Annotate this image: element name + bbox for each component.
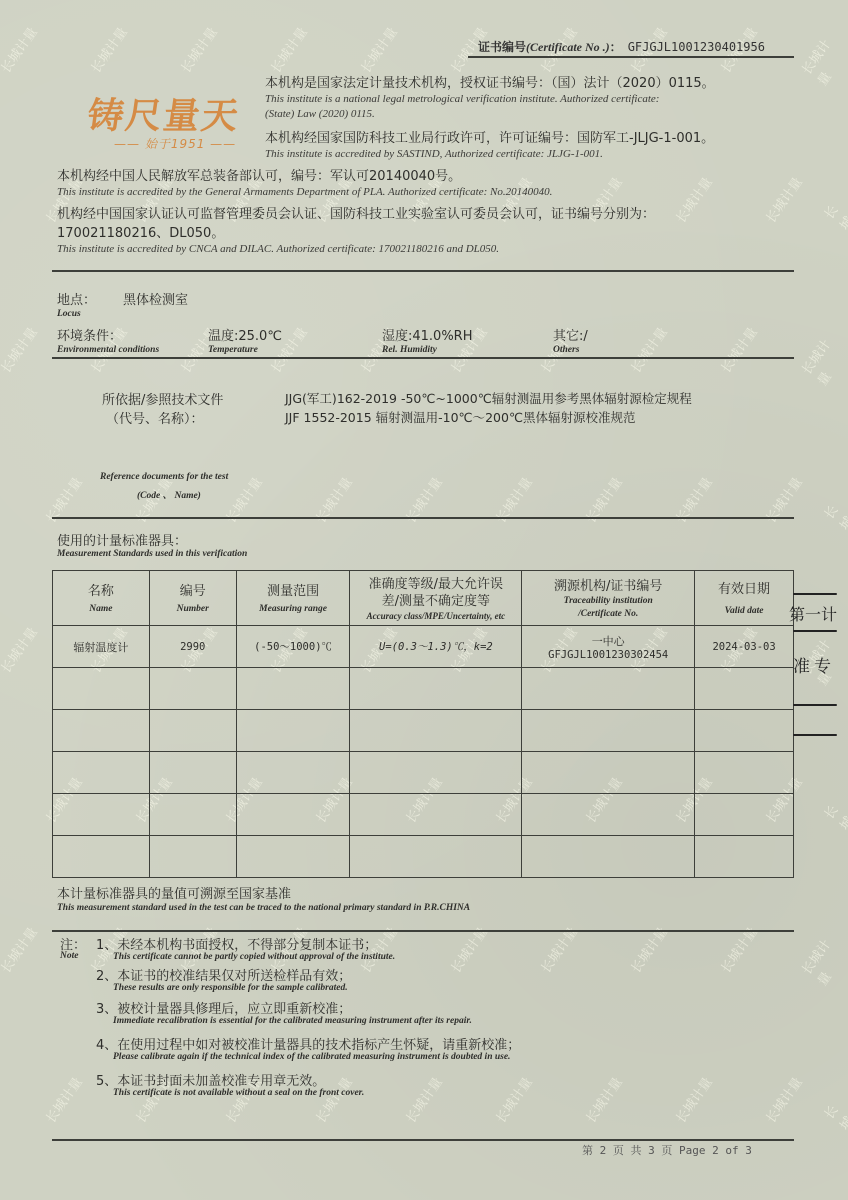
table-cell-empty <box>522 668 695 710</box>
cert-no-label-en: (Certificate No .) <box>526 40 610 54</box>
col-header-name: 名称 Name <box>53 571 150 626</box>
cell-accuracy: U=(0.3～1.3)℃，k=2 <box>350 626 522 668</box>
env-label-en: Environmental conditions <box>57 345 159 355</box>
references-label-2: （代号、名称）： <box>106 408 204 427</box>
cell-valid-date-text: 2024-03-03 <box>712 641 775 653</box>
cell-range: (-50～1000)℃ <box>236 626 350 668</box>
table-cell-empty <box>149 794 236 836</box>
temperature-value: 温度:25.0℃ <box>208 325 282 344</box>
cell-traceability: 一中心 GFJGJL1001230302454 <box>522 626 695 668</box>
col-trace-en-2: /Certificate No. <box>522 609 694 619</box>
certificate-number: 证书编号(Certificate No .)：GFJGJL10012304019… <box>478 38 765 55</box>
reference-doc-1: JJG(军工)162-2019 -50℃~1000℃辐射测温用参考黑体辐射源检定… <box>285 389 692 407</box>
table-cell-empty <box>236 668 350 710</box>
table-row-empty <box>53 668 794 710</box>
table-cell-empty <box>350 752 522 794</box>
table-cell-empty <box>522 710 695 752</box>
locus-label: 地点： <box>57 289 96 308</box>
col-accuracy-cn-2: 差/测量不确定度等 <box>350 593 521 610</box>
notes-label-en: Note <box>60 951 78 961</box>
col-header-accuracy: 准确度等级/最大允许误 差/测量不确定度等 Accuracy class/MPE… <box>350 571 522 626</box>
table-cell-empty <box>53 794 150 836</box>
cell-trace-inst: 一中心 <box>522 633 694 649</box>
seal-stamp: 第一计 准专 <box>785 590 845 740</box>
table-header-row: 名称 Name 编号 Number 测量范围 Measuring range 准… <box>53 571 794 626</box>
note-item-cn: 5、本证书封面未加盖校准专用章无效。 <box>96 1070 325 1089</box>
table-row-empty <box>53 710 794 752</box>
table-cell-empty <box>53 752 150 794</box>
footer-rule <box>52 1139 794 1141</box>
section-divider-3 <box>52 517 794 519</box>
table-cell-empty <box>149 668 236 710</box>
stamp-text-2: 准专 <box>793 652 835 677</box>
table-cell-empty <box>350 794 522 836</box>
references-label-1: 所依据/参照技术文件 <box>102 389 223 408</box>
table-cell-empty <box>53 668 150 710</box>
standards-title-en: Measurement Standards used in this verif… <box>57 549 247 559</box>
table-row-empty <box>53 752 794 794</box>
table-cell-empty <box>350 836 522 878</box>
col-date-en: Valid date <box>695 606 793 616</box>
accreditation-2-cn: 本机构经国家国防科技工业局行政许可，许可证编号：国防军工-JLJG-1-001。 <box>265 127 714 146</box>
stamp-bar-3 <box>793 704 837 706</box>
section-divider-2 <box>52 357 794 359</box>
logo-since-text: —— 始于1951 —— <box>114 135 236 152</box>
references-label-en-1: Reference documents for the test <box>100 472 228 482</box>
table-cell-empty <box>350 668 522 710</box>
note-item-cn: 3、被校计量器具修理后，应立即重新校准； <box>96 998 351 1017</box>
locus-label-en: Locus <box>57 309 81 319</box>
accreditation-4-cn-1: 机构经中国国家认证认可监督管理委员会认证、国防科技工业实验室认可委员会认可，证书… <box>57 203 655 222</box>
col-number-en: Number <box>150 604 236 614</box>
cell-valid-date: 2024-03-03 <box>695 626 794 668</box>
col-header-number: 编号 Number <box>149 571 236 626</box>
table-row: 辐射温度计 2990 (-50～1000)℃ U=(0.3～1.3)℃，k=2 … <box>53 626 794 668</box>
accreditation-3-en: This institute is accredited by the Gene… <box>57 186 552 198</box>
table-cell-empty <box>53 710 150 752</box>
table-cell-empty <box>149 710 236 752</box>
stamp-bar-2 <box>793 630 837 632</box>
col-number-cn: 编号 <box>150 583 236 600</box>
trace-note-en: This measurement standard used in the te… <box>57 903 470 913</box>
cert-no-sep: ： <box>610 40 622 54</box>
col-range-en: Measuring range <box>237 604 350 614</box>
cell-name: 辐射温度计 <box>53 626 150 668</box>
accreditation-1-en-1: This institute is a national legal metro… <box>265 93 659 105</box>
table-cell-empty <box>350 710 522 752</box>
note-item-en: This certificate is not available withou… <box>113 1088 364 1098</box>
accreditation-2-en: This institute is accredited by SASTIND,… <box>265 148 603 160</box>
table-cell-empty <box>695 794 794 836</box>
note-item-en: This certificate cannot be partly copied… <box>113 952 395 962</box>
humidity-value: 湿度:41.0%RH <box>382 325 473 344</box>
stamp-bar-4 <box>793 734 837 736</box>
others-value: 其它:/ <box>553 325 588 344</box>
col-header-traceability: 溯源机构/证书编号 Traceability institution /Cert… <box>522 571 695 626</box>
table-cell-empty <box>695 710 794 752</box>
header-rule <box>468 56 794 58</box>
table-cell-empty <box>236 836 350 878</box>
col-date-cn: 有效日期 <box>695 581 793 598</box>
accreditation-3-cn: 本机构经中国人民解放军总装备部认可，编号：军认可20140040号。 <box>57 165 461 184</box>
note-item-en: These results are only responsible for t… <box>113 983 348 993</box>
col-accuracy-en: Accuracy class/MPE/Uncertainty, etc <box>350 611 521 621</box>
table-cell-empty <box>522 752 695 794</box>
humidity-label-en: Rel. Humidity <box>382 345 437 355</box>
table-cell-empty <box>236 752 350 794</box>
table-cell-empty <box>149 836 236 878</box>
page-number: 第 2 页 共 3 页 Page 2 of 3 <box>582 1142 752 1158</box>
trace-note-cn: 本计量标准器具的量值可溯源至国家基准 <box>57 883 291 902</box>
reference-doc-2: JJF 1552-2015 辐射测温用-10℃～200℃黑体辐射源校准规范 <box>285 408 636 426</box>
table-cell-empty <box>695 752 794 794</box>
cell-number: 2990 <box>149 626 236 668</box>
accreditation-1-cn: 本机构是国家法定计量技术机构，授权证书编号：（国）法计（2020）0115。 <box>265 72 715 91</box>
others-label-en: Others <box>553 345 579 355</box>
institute-logo: 铸尺量天 —— 始于1951 —— <box>88 88 258 160</box>
table-cell-empty <box>149 752 236 794</box>
section-divider-4 <box>52 930 794 932</box>
table-cell-empty <box>236 794 350 836</box>
logo-brand-text: 铸尺量天 <box>84 88 243 139</box>
col-name-cn: 名称 <box>53 583 149 600</box>
col-name-en: Name <box>53 604 149 614</box>
table-cell-empty <box>236 710 350 752</box>
table-cell-empty <box>695 836 794 878</box>
standards-title: 使用的计量标准器具： <box>57 530 187 549</box>
table-cell-empty <box>695 668 794 710</box>
section-divider-1 <box>52 270 794 272</box>
cert-no-value: GFJGJL1001230401956 <box>628 40 765 54</box>
col-trace-en-1: Traceability institution <box>522 596 694 606</box>
stamp-bar-1 <box>793 593 837 595</box>
table-cell-empty <box>522 794 695 836</box>
cert-no-label-cn: 证书编号 <box>478 40 526 54</box>
note-item-cn: 2、本证书的校准结果仅对所送检样品有效； <box>96 965 351 984</box>
col-header-valid-date: 有效日期 Valid date <box>695 571 794 626</box>
table-row-empty <box>53 836 794 878</box>
locus-value: 黑体检测室 <box>123 289 188 308</box>
accreditation-1-en-2: (State) Law (2020) 0115. <box>265 108 375 120</box>
col-header-range: 测量范围 Measuring range <box>236 571 350 626</box>
col-range-cn: 测量范围 <box>237 583 350 600</box>
cell-number-text: 2990 <box>180 641 205 653</box>
accreditation-4-en: This institute is accredited by CNCA and… <box>57 243 499 255</box>
cell-trace-cert: GFJGJL1001230302454 <box>522 649 694 661</box>
references-label-en-2: (Code 、 Name) <box>137 487 201 501</box>
stamp-text-1: 第一计 <box>789 602 837 625</box>
col-accuracy-cn-1: 准确度等级/最大允许误 <box>350 576 521 593</box>
env-label: 环境条件： <box>57 325 122 344</box>
note-item-en: Immediate recalibration is essential for… <box>113 1016 472 1026</box>
note-item-cn: 1、未经本机构书面授权，不得部分复制本证书； <box>96 934 377 953</box>
table-row-empty <box>53 794 794 836</box>
cell-accuracy-text: U=(0.3～1.3)℃，k=2 <box>379 641 493 653</box>
note-item-cn: 4、在使用过程中如对被校准计量器具的技术指标产生怀疑，请重新校准； <box>96 1034 520 1053</box>
table-cell-empty <box>522 836 695 878</box>
col-trace-cn: 溯源机构/证书编号 <box>522 578 694 595</box>
standards-table: 名称 Name 编号 Number 测量范围 Measuring range 准… <box>52 570 794 878</box>
temperature-label-en: Temperature <box>208 345 258 355</box>
accreditation-4-cn-2: 170021180216、DL050。 <box>57 222 224 241</box>
note-item-en: Please calibrate again if the technical … <box>113 1052 510 1062</box>
table-cell-empty <box>53 836 150 878</box>
cell-range-text: (-50～1000)℃ <box>254 641 332 653</box>
